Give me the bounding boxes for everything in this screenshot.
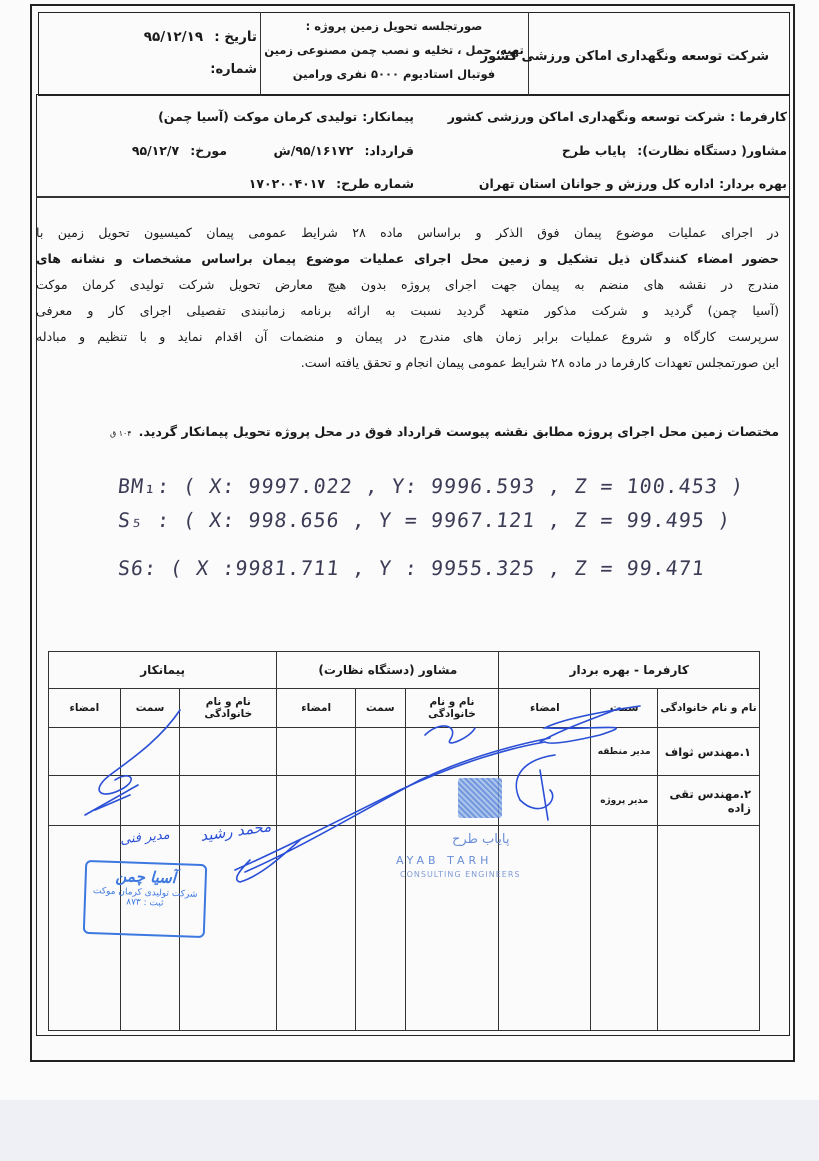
empty-cell	[658, 826, 760, 1031]
beneficiary-label: بهره بردار:	[719, 176, 787, 191]
signature-cell	[120, 776, 180, 826]
title-line-1: صورتجلسه تحویل زمین پروژه :	[262, 14, 526, 38]
signer-name-2: ۲.مهندس تقی زاده	[658, 776, 760, 826]
scan-background	[0, 1100, 819, 1161]
body-line-5: سرپرست کارگاه و شروع عملیات برابر زمان ه…	[36, 329, 779, 344]
consultant-stamp-en2: CONSULTING ENGINEERS	[400, 870, 520, 879]
document-title: صورتجلسه تحویل زمین پروژه : تهیه، حمل ، …	[262, 14, 526, 86]
consultant-field: مشاور( دستگاه نظارت): پایاب طرح	[562, 140, 787, 159]
plan-number-label: شماره طرح:	[336, 176, 414, 191]
title-line-3: فوتبال استادیوم ۵۰۰۰ نفری ورامین	[262, 62, 526, 86]
consultant-stamp: پایاب طرح AYAB TARH CONSULTING ENGINEERS	[440, 770, 560, 900]
signer-position-2: مدیر پروژه	[591, 776, 658, 826]
consultant-stamp-en1: AYAB TARH	[396, 854, 492, 867]
body-line-2: حضور امضاء کنندگان ذیل تشکیل و زمین محل …	[36, 251, 779, 266]
signature-cell	[49, 776, 121, 826]
col-signature-consultant: امضاء	[277, 689, 356, 728]
col-signature-contractor: امضاء	[49, 689, 121, 728]
plan-number-field: شماره طرح: ۱۷۰۲۰۰۴۰۱۷	[249, 173, 414, 192]
consultant-stamp-fa: پایاب طرح	[452, 832, 509, 847]
coordinate-s5: S₅ : ( X: 998.656 , Y = 9967.121 , Z = 9…	[117, 508, 732, 532]
title-line-2: تهیه، حمل ، تخلیه و نصب چمن مصنوعی زمین	[262, 38, 526, 62]
coordinate-s6: S6: ( X :9981.711 , Y : 9955.325 , Z = 9…	[117, 556, 706, 580]
header-divider-1	[260, 12, 261, 96]
body-line-6: این صورتمجلس تعهدات کارفرما در ماده ۲۸ ش…	[36, 355, 779, 370]
stamp-logo-icon	[458, 778, 502, 818]
signature-cell	[405, 728, 499, 776]
body-line-1: در اجرای عملیات موضوع پیمان فوق الذکر و …	[36, 225, 779, 240]
contractor-value: تولیدی کرمان موکت (آسیا چمن)	[158, 109, 357, 124]
employer-field: کارفرما : شرکت توسعه ونگهداری اماکن ورزش…	[448, 106, 787, 125]
signer-position-1: مدیر منطقه	[591, 728, 658, 776]
number-field: شماره:	[210, 58, 257, 77]
group-employer: کارفرما - بهره بردار	[499, 652, 760, 689]
employer-label: کارفرما :	[730, 109, 787, 124]
signature-cell	[499, 728, 591, 776]
body-line-4: (آسیا چمن) گردید و شرکت مذکور متعهد گردی…	[36, 303, 779, 318]
group-contractor: پیمانکار	[49, 652, 277, 689]
col-signature-employer: امضاء	[499, 689, 591, 728]
group-consultant: مشاور (دستگاه نظارت)	[277, 652, 499, 689]
info-divider	[36, 196, 790, 198]
specs-text: مختصات زمین محل اجرای پروژه مطابق نقشه پ…	[139, 424, 779, 439]
empty-cell	[277, 826, 356, 1031]
contractor-stamp: آسیا چمن شرکت تولیدی کرمان موکت ثبت : ۸۷…	[83, 860, 208, 938]
contract-field: قرارداد: ۹۵/۱۶۱۷۲/ش	[274, 140, 414, 159]
signer-name-1: ۱.مهندس ثواف	[658, 728, 760, 776]
contractor-label: پیمانکار:	[362, 109, 414, 124]
signature-cell	[180, 728, 277, 776]
empty-cell	[591, 826, 658, 1031]
contractor-field: پیمانکار: تولیدی کرمان موکت (آسیا چمن)	[158, 106, 414, 125]
dated-field: مورخ: ۹۵/۱۲/۷	[132, 140, 227, 159]
specs-line: مختصات زمین محل اجرای پروژه مطابق نقشه پ…	[110, 421, 779, 440]
body-line-3: مندرج در نقشه های منضم به پیمان جهت اجرا…	[36, 277, 779, 292]
stamp-brand: آسیا چمن	[86, 866, 205, 888]
plan-number-value: ۱۷۰۲۰۰۴۰۱۷	[249, 176, 325, 191]
signature-cell	[356, 776, 405, 826]
signature-cell	[120, 728, 180, 776]
beneficiary-field: بهره بردار: اداره کل ورزش و جوانان استان…	[479, 173, 787, 192]
signature-cell	[356, 728, 405, 776]
col-name-contractor: نام و نام خانوادگی	[180, 689, 277, 728]
col-position-consultant: سمت	[356, 689, 405, 728]
consultant-value: پایاب طرح	[562, 143, 626, 158]
contract-value: ۹۵/۱۶۱۷۲/ش	[274, 143, 354, 158]
coordinate-bm1: BM₁: ( X: 9997.022 , Y: 9996.593 , Z = 1…	[117, 474, 745, 498]
beneficiary-value: اداره کل ورزش و جوانان استان تهران	[479, 176, 714, 191]
specs-note: ۱۰۴ ق	[110, 429, 132, 438]
col-position-employer: سمت	[591, 689, 658, 728]
signature-cell	[277, 728, 356, 776]
date-value: ۹۵/۱۲/۱۹	[144, 29, 203, 45]
col-name-employer: نام و نام خانوادگی	[658, 689, 760, 728]
contract-label: قرارداد:	[364, 143, 414, 158]
signature-cell	[49, 728, 121, 776]
consultant-label: مشاور( دستگاه نظارت):	[637, 143, 787, 158]
signature-cell	[277, 776, 356, 826]
dated-label: مورخ:	[190, 143, 227, 158]
number-label: شماره:	[210, 62, 257, 77]
date-field: تاریخ : ۹۵/۱۲/۱۹	[144, 26, 257, 45]
col-name-consultant: نام و نام خانوادگی	[405, 689, 499, 728]
dated-value: ۹۵/۱۲/۷	[132, 143, 179, 158]
date-label: تاریخ :	[214, 29, 257, 45]
employer-value: شرکت توسعه ونگهداری اماکن ورزشی کشور	[448, 109, 725, 124]
col-position-contractor: سمت	[120, 689, 180, 728]
